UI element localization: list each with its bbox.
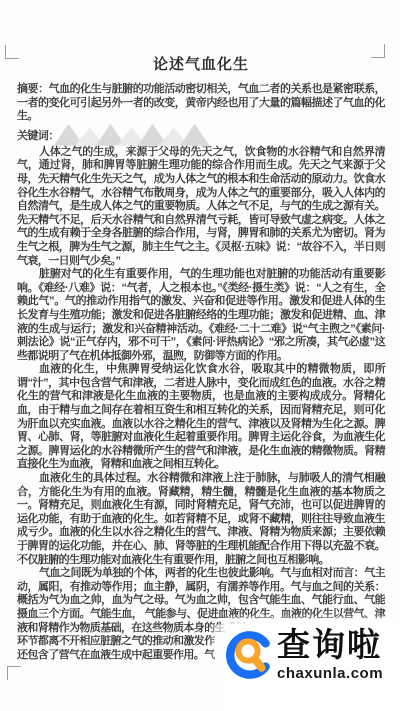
document-page: 论述气血化生 摘要：气血的化生与脏腑的功能活动密切相关，气血二者的关系也是紧密联… xyxy=(0,0,400,711)
page-corner-mark-bottom-left xyxy=(7,666,21,680)
abstract-paragraph: 摘要：气血的化生与脏腑的功能活动密切相关，气血二者的关系也是紧密联系，一者的变化… xyxy=(17,83,385,124)
paragraph-zangfu-qi: 脏腑对气的化生有重要作用，气的生理功能也对脏腑的功能活动有重要影响。《难经·八难… xyxy=(17,268,385,363)
redaction-triangle xyxy=(180,124,210,146)
watermark-domain: chaxunla.com xyxy=(277,666,383,682)
keywords-line: 关键词： xyxy=(17,124,385,146)
keywords-label: 关键词： xyxy=(17,130,59,142)
keywords-redaction-blur xyxy=(63,124,210,146)
paragraph-qi-generation: 人体之气的生成，来源于父母的先天之气，饮食物的水谷精气和自然界清气，通过肾，肺和… xyxy=(17,146,385,268)
watermark-brand: 查询啦 xyxy=(277,627,383,665)
chaxunla-logo magnifier-search-icon xyxy=(226,631,274,679)
document-title: 论述气血化生 xyxy=(17,54,385,76)
paragraph-blood-generation: 血液的化生，中焦脾胃受纳运化饮食水谷，吸取其中的精微物质，即所谓“汁”，其中包含… xyxy=(17,363,385,472)
document-content: 论述气血化生 摘要：气血的化生与脏腑的功能活动密切相关，气血二者的关系也是紧密联… xyxy=(17,54,385,662)
watermark-text: 查询啦 chaxunla.com xyxy=(277,624,383,682)
paragraph-blood-process: 血液化生的具体过程。水谷精微和津液上注于肺脉，与肺吸人的清气相融合，方能化生为有… xyxy=(17,472,385,567)
watermark: 查询啦 chaxunla.com xyxy=(226,624,400,711)
